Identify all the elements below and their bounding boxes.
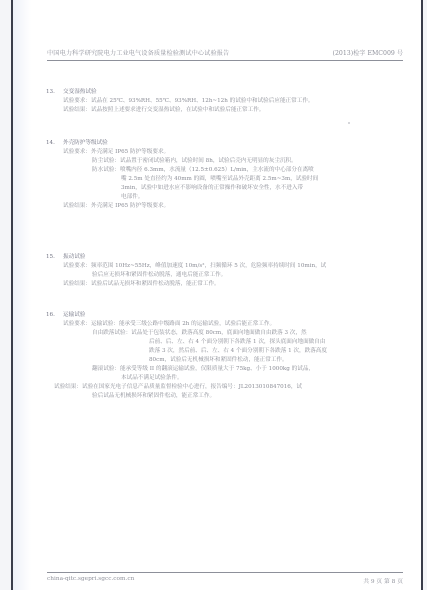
drop-test-text-cont: 80cm，试验后无机械损坏和紧固件松动，能正常工作。 <box>149 356 288 365</box>
section-title: 外壳防护等级试验 <box>63 139 108 148</box>
page-header: 中国电力科学研究院电力工业电气设备质量检验测试中心试验报告 (2013)检字 E… <box>47 46 403 61</box>
requirement-text: 试验要求：试品在 25℃、93%RH、55℃、93%RH、12h~12h 的试验… <box>63 97 314 106</box>
drop-test-text-cont: 后前、后、左、右 4 个面分别朝下各跌落 1 次，探头底面向地面做自由 <box>149 338 325 347</box>
section-number: 16. <box>46 311 60 320</box>
section-number: 14. <box>46 139 60 148</box>
report-page: 中国电力科学研究院电力工业电气设备质量检验测试中心试验报告 (2013)检字 E… <box>11 0 423 590</box>
section-14: 14. 外壳防护等级试验 试验要求：外壳满足 IP65 防护等级要求。 防尘试验… <box>46 139 406 209</box>
transport-test-text: 试验要求：运输试验：能承受三级公路中级路面 2h 的运输试验，试验后能正常工作。 <box>63 320 275 329</box>
section-13: 13. 交变湿热试验 试验要求：试品在 25℃、93%RH、55℃、93%RH、… <box>46 88 406 118</box>
report-number: (2013)检字 EMC009 号 <box>333 48 403 57</box>
result-text: 试验结果：试验在国家光电子信息产品质量监督检验中心进行，报告编号：JL20130… <box>54 383 302 392</box>
tumble-test-text-cont: 本试品不满足试验条件。 <box>121 374 183 383</box>
water-test-text: 防水试验：喷嘴内径 6.3mm，水流量（12.5±0.625）L/min，主水流… <box>92 166 314 175</box>
result-text-cont: 验后试品无机械损坏和紧固件松动，能正常工作。 <box>92 392 215 401</box>
page-number: 共 9 页 第 8 页 <box>363 576 403 585</box>
result-text: 试验结果：外壳满足 IP65 防护等级要求。 <box>63 202 169 211</box>
drop-test-text: 自由跌落试验：试品处于包装状态，跌落高度 80cm，底面向地面做自由跌落 3 次… <box>92 329 307 338</box>
dust-test-text: 防尘试验：试品置于密闭试验箱内，试验时间 8h，试验后壳内无明显的灰尘沉积。 <box>92 157 297 166</box>
section-16: 16. 运输试验 试验要求：运输试验：能承受三级公路中级路面 2h 的运输试验，… <box>46 311 406 406</box>
tumble-test-text: 翻滚试验：能承受等级 II 的翻滚运输试验，仅限质量大于 75kg、小于 100… <box>92 365 314 374</box>
section-15: 15. 振动试验 试验要求：频率范围 10Hz~55Hz，峰值加速度 10m/s… <box>46 253 406 289</box>
requirement-text: 试验要求：频率范围 10Hz~55Hz，峰值加速度 10m/s²，扫频循环 5 … <box>63 262 326 271</box>
water-test-text-cont: 电部件。 <box>121 193 143 202</box>
section-title: 交变湿热试验 <box>63 88 97 97</box>
water-test-text-cont: 嘴 2.5m 处直径约为 40mm 的圆，喷嘴至试品外壳距离 2.5m~3m，试… <box>121 175 318 184</box>
drop-test-text-cont: 跌落 3 次，然后前、后、左、右 4 个面分别朝下各跌落 1 次，跌落高度 <box>149 347 327 356</box>
section-title: 振动试验 <box>63 253 85 262</box>
section-title: 运输试验 <box>63 311 85 320</box>
requirement-text-cont: 验后应无损坏和紧固件松动脱落，通电后能正常工作。 <box>92 271 226 280</box>
page-footer: china-qitc.sgepri.sgcc.com.cn 共 9 页 第 8 … <box>47 572 403 584</box>
water-test-text-cont: 3min，试验中如进水应不影响设备的正常操作和破坏安全性，水不进入带 <box>121 184 303 193</box>
org-title: 中国电力科学研究院电力工业电气设备质量检验测试中心试验报告 <box>47 48 229 57</box>
result-text: 试验结果：试验后试品无损坏和紧固件松动脱落，能正常工作。 <box>63 280 220 289</box>
result-text: 试验结果：试品按照上述要求进行交变湿热试验，在试验中和试验后能正常工作。 <box>63 106 264 115</box>
section-number: 13. <box>46 88 60 97</box>
footer-website: china-qitc.sgepri.sgcc.com.cn <box>47 576 134 582</box>
requirement-text: 试验要求：外壳满足 IP65 防护等级要求。 <box>63 148 169 157</box>
scan-speck <box>348 122 350 124</box>
section-number: 15. <box>46 253 60 262</box>
